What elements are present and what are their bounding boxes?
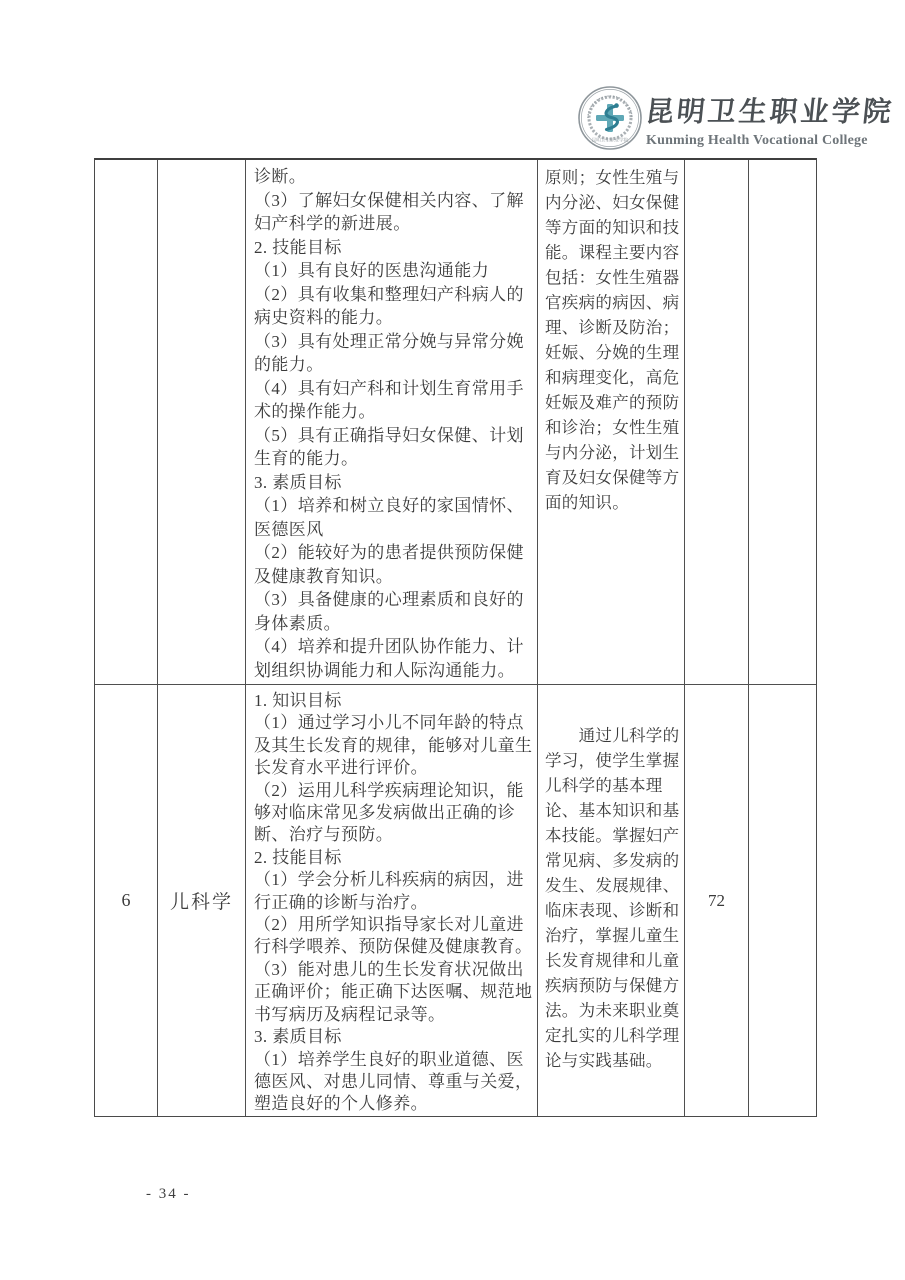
table-row: 诊断。（3）了解妇女保健相关内容、了解妇产科学的新进展。2. 技能目标（1）具有… xyxy=(95,160,816,685)
text-line: 身体素质。 xyxy=(254,612,534,636)
text-line: 常见病、多发病的 xyxy=(545,848,681,873)
text-line: 诊断。 xyxy=(254,165,534,189)
text-line: 2. 技能目标 xyxy=(254,236,534,260)
text-line: 定扎实的儿科学理 xyxy=(545,1023,681,1048)
text-line: （4）培养和提升团队协作能力、计 xyxy=(254,635,534,659)
text-line: 本技能。掌握妇产 xyxy=(545,823,681,848)
text-line: （2）能较好为的患者提供预防保健 xyxy=(254,541,534,565)
college-seal-icon: 昆明卫生职业学院 xyxy=(576,84,644,152)
text-line: 临床表现、诊断和 xyxy=(545,898,681,923)
text-line: 病史资料的能力。 xyxy=(254,306,534,330)
college-name-english: Kunming Health Vocational College xyxy=(646,133,894,149)
text-line: 育及妇女保健等方 xyxy=(545,465,681,490)
text-line: （5）具有正确指导妇女保健、计划 xyxy=(254,424,534,448)
text-line: 论、基本知识和基 xyxy=(545,798,681,823)
hours-cell: 72 xyxy=(685,685,749,1116)
text-line: （1）具有良好的医患沟通能力 xyxy=(254,259,534,283)
text-line: 的能力。 xyxy=(254,353,534,377)
text-line: 行科学喂养、预防保健及健康教育。 xyxy=(254,936,534,958)
text-line: 生育的能力。 xyxy=(254,447,534,471)
text-line: 等方面的知识和技 xyxy=(545,215,681,240)
text-line: 面的知识。 xyxy=(545,490,681,515)
text-line: 原则；女性生殖与 xyxy=(545,165,681,190)
text-line: 塑造良好的个人修养。 xyxy=(254,1093,534,1115)
course-name-cell xyxy=(158,160,246,684)
text-line: 通过儿科学的 xyxy=(545,723,681,748)
text-line: （1）通过学习小儿不同年龄的特点 xyxy=(254,712,534,734)
text-line: 和诊治；女性生殖 xyxy=(545,415,681,440)
text-line: 1. 知识目标 xyxy=(254,690,534,712)
note-cell xyxy=(749,685,816,1116)
course-table: 诊断。（3）了解妇女保健相关内容、了解妇产科学的新进展。2. 技能目标（1）具有… xyxy=(94,158,817,1117)
text-line: 及其生长发育的规律，能够对儿童生 xyxy=(254,735,534,757)
text-line: 术的操作能力。 xyxy=(254,400,534,424)
seq-cell: 6 xyxy=(95,685,158,1116)
objectives-cell: 1. 知识目标（1）通过学习小儿不同年龄的特点及其生长发育的规律，能够对儿童生长… xyxy=(246,685,538,1116)
hours-value: 72 xyxy=(708,891,725,911)
course-name-cell: 儿科学 xyxy=(158,685,246,1116)
page-number: - 34 - xyxy=(146,1186,191,1203)
text-line: 内分泌、妇女保健 xyxy=(545,190,681,215)
text-line: 官疾病的病因、病 xyxy=(545,290,681,315)
text-line: 治疗，掌握儿童生 xyxy=(545,923,681,948)
text-line: （2）运用儿科学疾病理论知识，能 xyxy=(254,780,534,802)
text-line: 长发育水平进行评价。 xyxy=(254,757,534,779)
text-line: （1）培养学生良好的职业道德、医 xyxy=(254,1049,534,1071)
description-cell: 原则；女性生殖与内分泌、妇女保健等方面的知识和技能。课程主要内容包括：女性生殖器… xyxy=(538,160,685,684)
text-line: 妊娠、分娩的生理 xyxy=(545,340,681,365)
text-line: 学习，使学生掌握 xyxy=(545,748,681,773)
objectives-cell: 诊断。（3）了解妇女保健相关内容、了解妇产科学的新进展。2. 技能目标（1）具有… xyxy=(246,160,538,684)
text-line: 论与实践基础。 xyxy=(545,1048,681,1073)
text-line: （1）培养和树立良好的家国情怀、 xyxy=(254,494,534,518)
text-line: 正确评价；能正确下达医嘱、规范地 xyxy=(254,981,534,1003)
page-header: 昆明卫生职业学院 昆明卫生职业学院 Kunming Health Vocatio… xyxy=(576,84,894,152)
text-line: 医德医风 xyxy=(254,518,534,542)
text-line: 行正确的诊断与治疗。 xyxy=(254,892,534,914)
text-line: 书写病历及病程记录等。 xyxy=(254,1004,534,1026)
text-line: 法。为未来职业奠 xyxy=(545,998,681,1023)
text-line: （1）学会分析儿科疾病的病因，进 xyxy=(254,869,534,891)
text-line: 妇产科学的新进展。 xyxy=(254,212,534,236)
hours-cell xyxy=(685,160,749,684)
text-line: 包括：女性生殖器 xyxy=(545,265,681,290)
college-titles: 昆明卫生职业学院 Kunming Health Vocational Colle… xyxy=(646,84,894,149)
text-line: 3. 素质目标 xyxy=(254,1026,534,1048)
college-name-calligraphy: 昆明卫生职业学院 xyxy=(644,90,896,130)
text-line: （3）具有处理正常分娩与异常分娩 xyxy=(254,330,534,354)
text-line: （3）能对患儿的生长发育状况做出 xyxy=(254,959,534,981)
text-line: 2. 技能目标 xyxy=(254,847,534,869)
text-line: （4）具有妇产科和计划生育常用手 xyxy=(254,377,534,401)
document-page: 昆明卫生职业学院 昆明卫生职业学院 Kunming Health Vocatio… xyxy=(0,0,905,1280)
text-line: （3）了解妇女保健相关内容、了解 xyxy=(254,189,534,213)
text-line: （2）具有收集和整理妇产科病人的 xyxy=(254,283,534,307)
text-line: 3. 素质目标 xyxy=(254,471,534,495)
description-cell: 通过儿科学的学习，使学生掌握儿科学的基本理论、基本知识和基本技能。掌握妇产常见病… xyxy=(538,685,685,1116)
text-line: （2）用所学知识指导家长对儿童进 xyxy=(254,914,534,936)
note-cell xyxy=(749,160,816,684)
text-line: 及健康教育知识。 xyxy=(254,565,534,589)
seq-value: 6 xyxy=(122,890,131,911)
text-line: 发生、发展规律、 xyxy=(545,873,681,898)
text-line: 妊娠及难产的预防 xyxy=(545,390,681,415)
text-line: 疾病预防与保健方 xyxy=(545,973,681,998)
text-line: 理、诊断及防治； xyxy=(545,315,681,340)
text-line: 和病理变化，高危 xyxy=(545,365,681,390)
table-row: 6 儿科学 1. 知识目标（1）通过学习小儿不同年龄的特点及其生长发育的规律，能… xyxy=(95,685,816,1116)
text-line: 儿科学的基本理 xyxy=(545,773,681,798)
course-name-value: 儿科学 xyxy=(170,887,233,914)
text-line: （3）具备健康的心理素质和良好的 xyxy=(254,588,534,612)
text-line: 与内分泌，计划生 xyxy=(545,440,681,465)
text-line: 能。课程主要内容 xyxy=(545,240,681,265)
seal-bottom-text: 昆明卫生职业学院 xyxy=(592,137,629,144)
text-line: 划组织协调能力和人际沟通能力。 xyxy=(254,659,534,683)
text-line: 断、治疗与预防。 xyxy=(254,824,534,846)
text-line: 够对临床常见多发病做出正确的诊 xyxy=(254,802,534,824)
text-line: 德医风、对患儿同情、尊重与关爱， xyxy=(254,1071,534,1093)
seq-cell xyxy=(95,160,158,684)
text-line: 长发育规律和儿童 xyxy=(545,948,681,973)
